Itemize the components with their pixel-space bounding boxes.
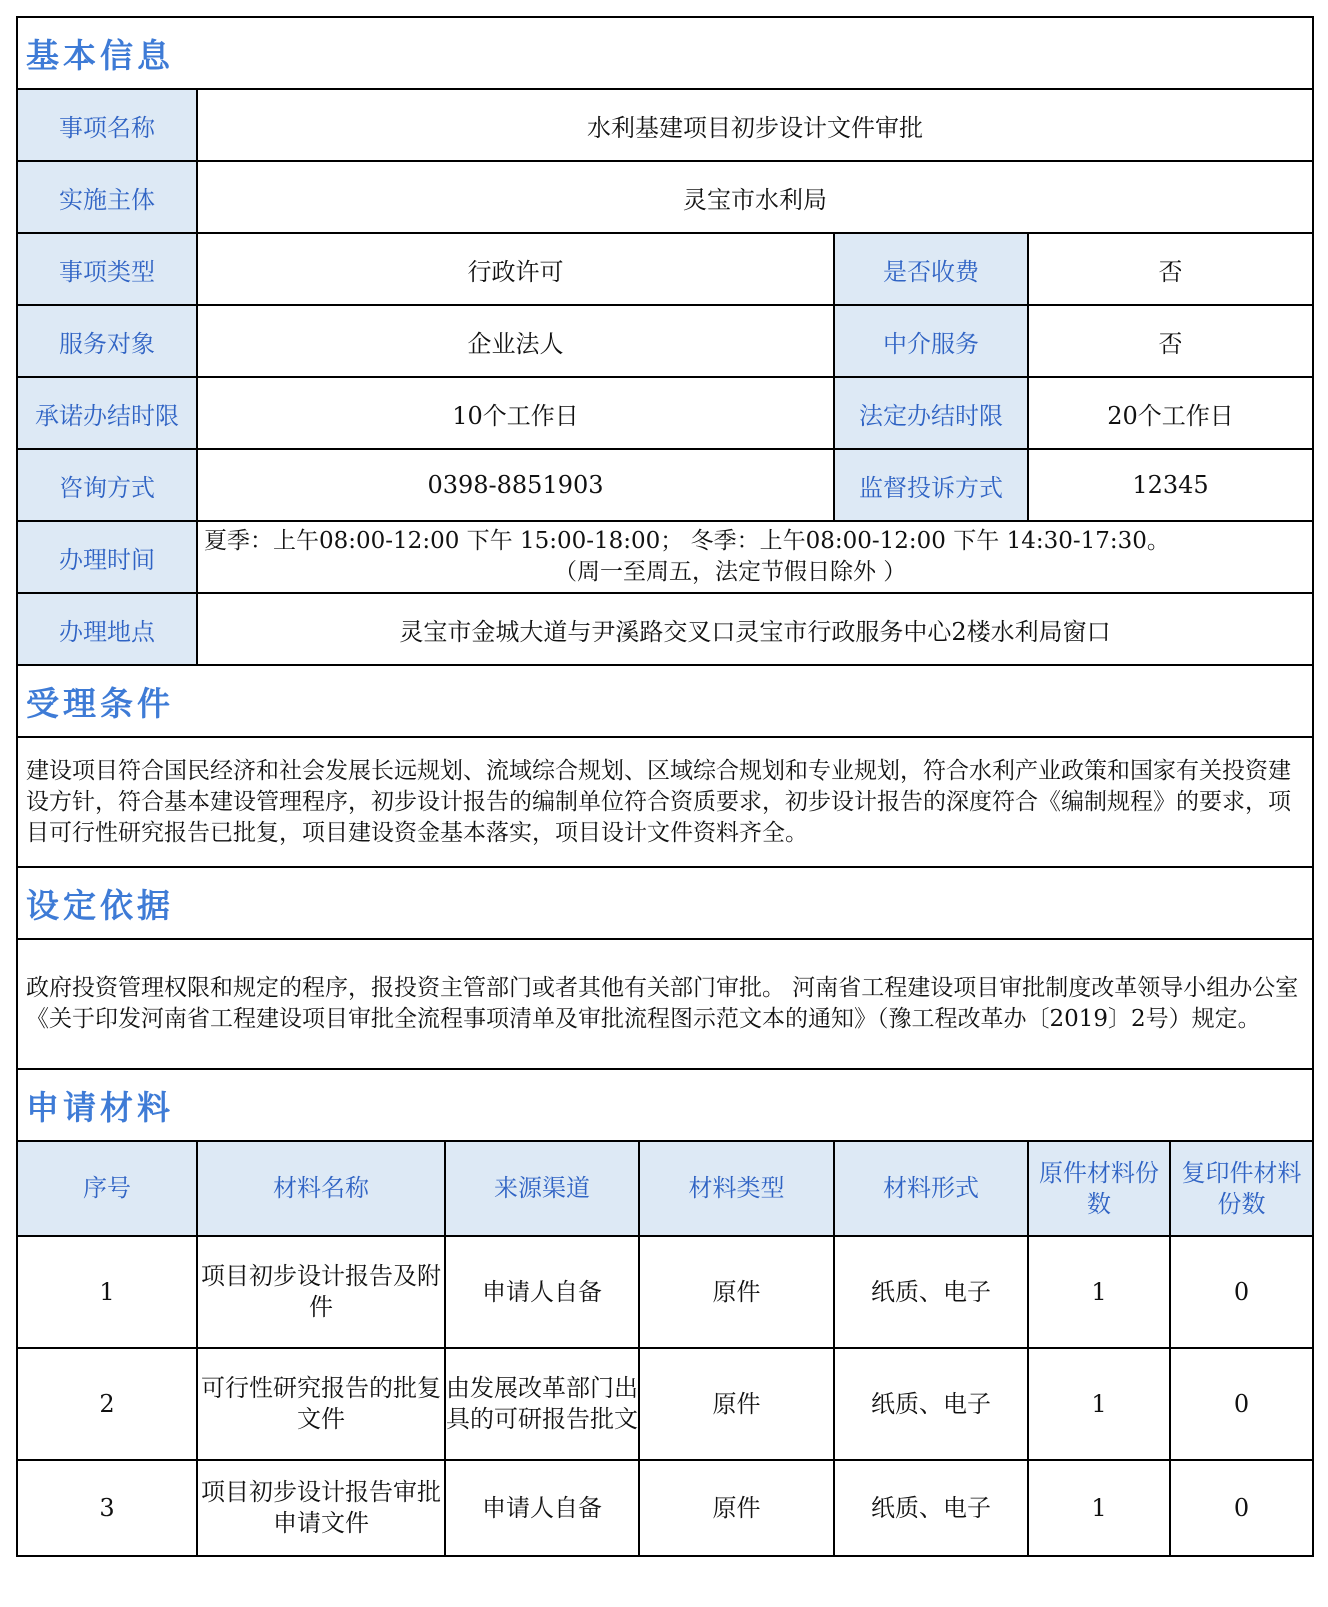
value-item-type: 行政许可	[197, 233, 834, 305]
cell-no: 1	[17, 1236, 197, 1348]
section-title-materials: 申请材料	[26, 1088, 174, 1127]
value-service-target: 企业法人	[197, 305, 834, 377]
cell-original-count: 1	[1028, 1348, 1170, 1460]
hours-line-1: 夏季：上午08:00-12:00 下午 15:00-18:00； 冬季：上午08…	[204, 528, 1170, 554]
table-row: 3 项目初步设计报告审批申请文件 申请人自备 原件 纸质、电子 1 0	[17, 1460, 1313, 1556]
cell-name: 项目初步设计报告审批申请文件	[197, 1460, 445, 1556]
cell-copy-count: 0	[1170, 1460, 1313, 1556]
section-title-basic-info: 基本信息	[26, 36, 174, 75]
cell-source: 由发展改革部门出具的可研报告批文	[445, 1348, 639, 1460]
cell-name: 项目初步设计报告及附件	[197, 1236, 445, 1348]
col-header-name: 材料名称	[197, 1141, 445, 1236]
value-promised-time: 10个工作日	[197, 377, 834, 449]
section-materials: 申请材料	[17, 1069, 1313, 1141]
value-fee: 否	[1028, 233, 1313, 305]
row-item-type: 事项类型 行政许可 是否收费 否	[17, 233, 1313, 305]
basis-text: 政府投资管理权限和规定的程序，报投资主管部门或者其他有关部门审批。 河南省工程建…	[17, 939, 1313, 1069]
cell-original-count: 1	[1028, 1236, 1170, 1348]
label-hours: 办理时间	[17, 521, 197, 593]
cell-name: 可行性研究报告的批复文件	[197, 1348, 445, 1460]
service-guide-table: 基本信息 事项名称 水利基建项目初步设计文件审批 实施主体 灵宝市水利局 事项类…	[16, 16, 1314, 1557]
value-complaint: 12345	[1028, 449, 1313, 521]
label-promised-time: 承诺办结时限	[17, 377, 197, 449]
label-legal-time: 法定办结时限	[834, 377, 1028, 449]
row-time-limits: 承诺办结时限 10个工作日 法定办结时限 20个工作日	[17, 377, 1313, 449]
label-consult: 咨询方式	[17, 449, 197, 521]
section-acceptance: 受理条件	[17, 665, 1313, 737]
cell-copy-count: 0	[1170, 1348, 1313, 1460]
value-location: 灵宝市金城大道与尹溪路交叉口灵宝市行政服务中心2楼水利局窗口	[197, 593, 1313, 665]
row-contact: 咨询方式 0398-8851903 监督投诉方式 12345	[17, 449, 1313, 521]
col-header-type: 材料类型	[639, 1141, 834, 1236]
cell-form: 纸质、电子	[834, 1348, 1028, 1460]
section-basic-info: 基本信息	[17, 17, 1313, 89]
col-header-original-count: 原件材料份数	[1028, 1141, 1170, 1236]
row-location: 办理地点 灵宝市金城大道与尹溪路交叉口灵宝市行政服务中心2楼水利局窗口	[17, 593, 1313, 665]
materials-header-row: 序号 材料名称 来源渠道 材料类型 材料形式 原件材料份数 复印件材料份数	[17, 1141, 1313, 1236]
col-header-no: 序号	[17, 1141, 197, 1236]
row-implementer: 实施主体 灵宝市水利局	[17, 161, 1313, 233]
cell-form: 纸质、电子	[834, 1460, 1028, 1556]
acceptance-conditions-text: 建设项目符合国民经济和社会发展长远规划、流域综合规划、区域综合规划和专业规划，符…	[17, 737, 1313, 867]
col-header-copy-count: 复印件材料份数	[1170, 1141, 1313, 1236]
row-hours: 办理时间 夏季：上午08:00-12:00 下午 15:00-18:00； 冬季…	[17, 521, 1313, 593]
cell-source: 申请人自备	[445, 1236, 639, 1348]
label-location: 办理地点	[17, 593, 197, 665]
service-guide-sheet: 基本信息 事项名称 水利基建项目初步设计文件审批 实施主体 灵宝市水利局 事项类…	[16, 16, 1312, 1557]
label-fee: 是否收费	[834, 233, 1028, 305]
label-service-target: 服务对象	[17, 305, 197, 377]
value-legal-time: 20个工作日	[1028, 377, 1313, 449]
value-implementer: 灵宝市水利局	[197, 161, 1313, 233]
cell-no: 2	[17, 1348, 197, 1460]
label-complaint: 监督投诉方式	[834, 449, 1028, 521]
value-consult: 0398-8851903	[197, 449, 834, 521]
cell-form: 纸质、电子	[834, 1236, 1028, 1348]
table-row: 2 可行性研究报告的批复文件 由发展改革部门出具的可研报告批文 原件 纸质、电子…	[17, 1348, 1313, 1460]
value-item-name: 水利基建项目初步设计文件审批	[197, 89, 1313, 161]
section-title-basis: 设定依据	[26, 886, 174, 925]
value-intermediary: 否	[1028, 305, 1313, 377]
row-item-name: 事项名称 水利基建项目初步设计文件审批	[17, 89, 1313, 161]
hours-line-2: （周一至周五，法定节假日除外 ）	[204, 557, 1312, 588]
cell-original-count: 1	[1028, 1460, 1170, 1556]
cell-type: 原件	[639, 1236, 834, 1348]
label-implementer: 实施主体	[17, 161, 197, 233]
table-row: 1 项目初步设计报告及附件 申请人自备 原件 纸质、电子 1 0	[17, 1236, 1313, 1348]
section-title-acceptance: 受理条件	[26, 684, 174, 723]
cell-type: 原件	[639, 1348, 834, 1460]
cell-source: 申请人自备	[445, 1460, 639, 1556]
cell-type: 原件	[639, 1460, 834, 1556]
label-item-type: 事项类型	[17, 233, 197, 305]
section-basis: 设定依据	[17, 867, 1313, 939]
col-header-form: 材料形式	[834, 1141, 1028, 1236]
row-service-target: 服务对象 企业法人 中介服务 否	[17, 305, 1313, 377]
value-hours: 夏季：上午08:00-12:00 下午 15:00-18:00； 冬季：上午08…	[197, 521, 1313, 593]
col-header-source: 来源渠道	[445, 1141, 639, 1236]
label-intermediary: 中介服务	[834, 305, 1028, 377]
row-basis-text: 政府投资管理权限和规定的程序，报投资主管部门或者其他有关部门审批。 河南省工程建…	[17, 939, 1313, 1069]
cell-copy-count: 0	[1170, 1236, 1313, 1348]
cell-no: 3	[17, 1460, 197, 1556]
label-item-name: 事项名称	[17, 89, 197, 161]
row-acceptance-text: 建设项目符合国民经济和社会发展长远规划、流域综合规划、区域综合规划和专业规划，符…	[17, 737, 1313, 867]
